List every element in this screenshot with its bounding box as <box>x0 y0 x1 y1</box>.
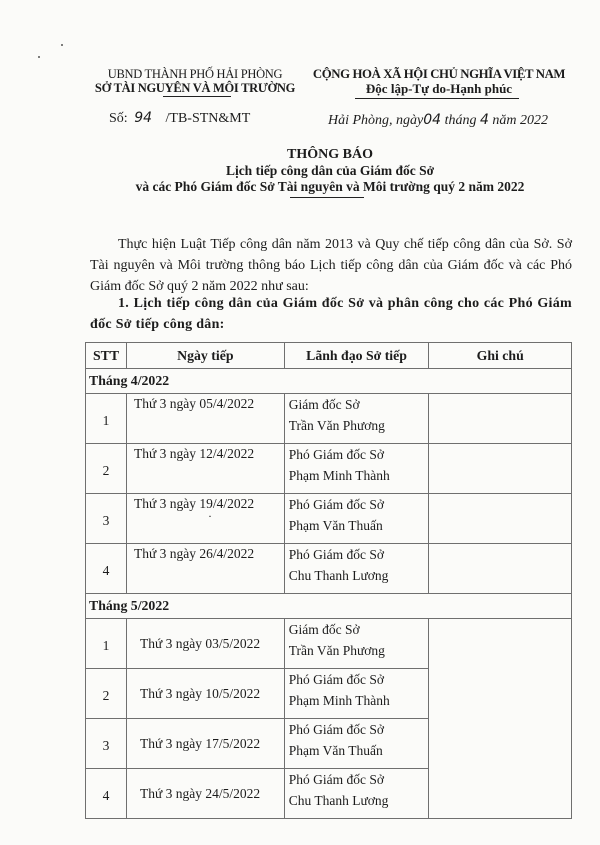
cell-stt: 4 <box>86 544 127 594</box>
document-subtitle-2: và các Phó Giám đốc Sở Tài nguyên và Môi… <box>0 179 600 195</box>
cell-stt: 1 <box>86 394 127 444</box>
national-motto: Độc lập-Tự do-Hạnh phúc <box>304 81 574 97</box>
document-number-label: Số: <box>109 111 128 126</box>
table-row: 4 Thứ 3 ngày 26/4/2022 Phó Giám đốc SởCh… <box>86 544 572 594</box>
document-page: UBND THÀNH PHỐ HẢI PHÒNG SỞ TÀI NGUYÊN V… <box>0 0 600 845</box>
document-number-suffix: /TB-STN&MT <box>166 111 251 126</box>
reception-schedule-table: STT Ngày tiếp Lãnh đạo Sở tiếp Ghi chú T… <box>85 342 572 819</box>
document-title: THÔNG BÁO <box>0 147 600 163</box>
leader-role: Phó Giám đốc Sở <box>289 444 429 465</box>
month-label: Tháng 4/2022 <box>86 369 572 394</box>
cell-date: Thứ 3 ngày 05/4/2022 <box>126 394 284 444</box>
table-header-row: STT Ngày tiếp Lãnh đạo Sở tiếp Ghi chú <box>86 343 572 369</box>
leader-name: Trần Văn Phương <box>289 640 429 661</box>
cell-leader: Giám đốc SởTrần Văn Phương <box>284 619 429 669</box>
cell-stt: 2 <box>86 444 127 494</box>
section-1-heading-text: 1. Lịch tiếp công dân của Giám đốc Sở và… <box>90 296 572 332</box>
intro-paragraph: Thực hiện Luật Tiếp công dân năm 2013 và… <box>90 234 572 297</box>
cell-date: Thứ 3 ngày 10/5/2022 <box>126 669 284 719</box>
table-row: 3 Thứ 3 ngày 19/4/2022· Phó Giám đốc SởP… <box>86 494 572 544</box>
scan-speck <box>61 44 63 46</box>
month-row: Tháng 5/2022 <box>86 594 572 619</box>
cell-leader: Phó Giám đốc SởChu Thanh Lương <box>284 769 429 819</box>
cell-leader: Phó Giám đốc SởPhạm Minh Thành <box>284 669 429 719</box>
leader-name: Chu Thanh Lương <box>289 565 429 586</box>
month-label: Tháng 5/2022 <box>86 594 572 619</box>
leader-role: Phó Giám đốc Sở <box>289 494 429 515</box>
motto-underline <box>355 98 519 99</box>
col-header-leader: Lãnh đạo Sở tiếp <box>284 343 429 369</box>
leader-role: Giám đốc Sở <box>289 394 429 415</box>
cell-date: Thứ 3 ngày 03/5/2022 <box>126 619 284 669</box>
table-row: 1 Thứ 3 ngày 03/5/2022 Giám đốc SởTrần V… <box>86 619 572 669</box>
date-text: Thứ 3 ngày 19/4/2022 <box>134 496 254 511</box>
col-header-stt: STT <box>86 343 127 369</box>
leader-role: Phó Giám đốc Sở <box>289 544 429 565</box>
table-row: 2 Thứ 3 ngày 12/4/2022 Phó Giám đốc SởPh… <box>86 444 572 494</box>
cell-stt: 2 <box>86 669 127 719</box>
date-year: năm 2022 <box>492 113 548 128</box>
cell-leader: Phó Giám đốc SởPhạm Minh Thành <box>284 444 429 494</box>
cell-leader: Phó Giám đốc SởPhạm Văn Thuấn <box>284 719 429 769</box>
date-month-label: tháng <box>445 113 477 128</box>
cell-date: Thứ 3 ngày 17/5/2022 <box>126 719 284 769</box>
leader-name: Phạm Minh Thành <box>289 465 429 486</box>
cell-leader: Giám đốc SởTrần Văn Phương <box>284 394 429 444</box>
cell-date: Thứ 3 ngày 12/4/2022 <box>126 444 284 494</box>
leader-role: Phó Giám đốc Sở <box>289 669 429 690</box>
cell-date: Thứ 3 ngày 24/5/2022 <box>126 769 284 819</box>
cell-note <box>429 494 572 544</box>
scan-speck <box>38 56 40 58</box>
cell-leader: Phó Giám đốc SởPhạm Văn Thuấn <box>284 494 429 544</box>
cell-leader: Phó Giám đốc SởChu Thanh Lương <box>284 544 429 594</box>
leader-role: Phó Giám đốc Sở <box>289 769 429 790</box>
title-underline <box>290 197 364 198</box>
leader-name: Trần Văn Phương <box>289 415 429 436</box>
issuer-authority: UBND THÀNH PHỐ HẢI PHÒNG <box>95 67 295 82</box>
cell-stt: 1 <box>86 619 127 669</box>
leader-name: Phạm Minh Thành <box>289 690 429 711</box>
document-number: Số: 94 /TB-STN&MT <box>109 110 250 127</box>
date-prefix: Hải Phòng, ngày <box>328 113 423 128</box>
cell-stt: 3 <box>86 494 127 544</box>
leader-role: Phó Giám đốc Sở <box>289 719 429 740</box>
date-day-handwritten: 04 <box>423 112 441 128</box>
table-row: 1 Thứ 3 ngày 05/4/2022 Giám đốc SởTrần V… <box>86 394 572 444</box>
cell-date: Thứ 3 ngày 19/4/2022· <box>126 494 284 544</box>
date-month-handwritten: 4 <box>480 112 489 128</box>
cell-stt: 4 <box>86 769 127 819</box>
document-number-handwritten: 94 <box>134 110 152 126</box>
document-subtitle-1: Lịch tiếp công dân của Giám đốc Sở <box>0 163 600 179</box>
leader-name: Phạm Văn Thuấn <box>289 515 429 536</box>
stray-mark: · <box>134 512 284 520</box>
header-underline <box>163 96 231 97</box>
cell-date: Thứ 3 ngày 26/4/2022 <box>126 544 284 594</box>
leader-name: Chu Thanh Lương <box>289 790 429 811</box>
month-row: Tháng 4/2022 <box>86 369 572 394</box>
leader-name: Phạm Văn Thuấn <box>289 740 429 761</box>
cell-stt: 3 <box>86 719 127 769</box>
national-title: CỘNG HOÀ XÃ HỘI CHỦ NGHĨA VIỆT NAM <box>304 67 574 82</box>
cell-note-merged <box>429 619 572 819</box>
cell-note <box>429 544 572 594</box>
cell-note <box>429 394 572 444</box>
intro-paragraph-text: Thực hiện Luật Tiếp công dân năm 2013 và… <box>90 237 572 294</box>
leader-role: Giám đốc Sở <box>289 619 429 640</box>
col-header-note: Ghi chú <box>429 343 572 369</box>
issuer-department: SỞ TÀI NGUYÊN VÀ MÔI TRƯỜNG <box>83 81 307 96</box>
col-header-date: Ngày tiếp <box>126 343 284 369</box>
cell-note <box>429 444 572 494</box>
document-date: Hải Phòng, ngày04 tháng 4 năm 2022 <box>328 112 548 129</box>
section-1-heading: 1. Lịch tiếp công dân của Giám đốc Sở và… <box>90 293 572 335</box>
